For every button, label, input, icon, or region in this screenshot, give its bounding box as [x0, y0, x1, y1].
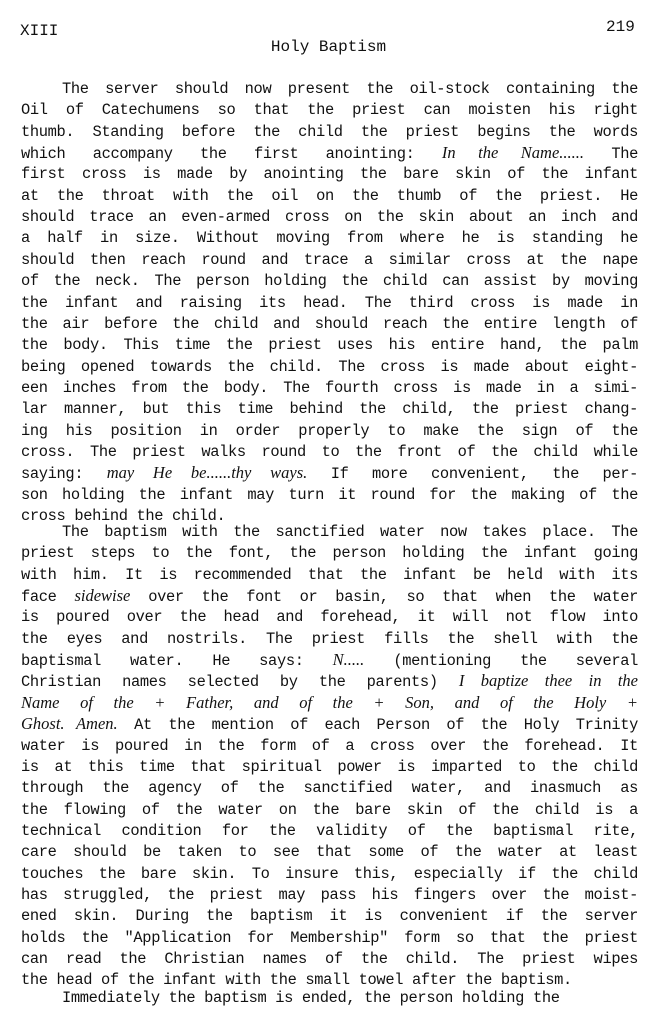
text-run: water is poured in the form of a cross o… [21, 737, 638, 755]
text-line: The server should now present the oil-st… [62, 80, 638, 98]
text-line: should then reach round and trace a simi… [21, 251, 638, 269]
text-line: holds the "Application for Membership" f… [21, 929, 638, 947]
text-run: with him. It is recommended that the inf… [21, 566, 638, 584]
italic-phrase: may He be......thy ways. [107, 463, 308, 482]
text-run: The [584, 145, 638, 163]
italic-phrase: N..... [333, 650, 365, 669]
text-run: een inches from the body. The fourth cro… [21, 379, 638, 397]
text-run: the flowing of the water on the bare ski… [21, 801, 638, 819]
text-line: baptismal water. He says: N..... (mentio… [21, 651, 638, 670]
text-line: through the agency of the sanctified wat… [21, 779, 638, 797]
text-line: son holding the infant may turn it round… [21, 486, 638, 504]
text-line: technical condition for the validity of … [21, 822, 638, 840]
text-run: which accompany the first anointing: [21, 145, 442, 163]
text-run: should trace an even-armed cross on the … [21, 208, 638, 226]
text-run: being opened towards the child. The cros… [21, 358, 638, 376]
text-run: At the mention of each Person of the Hol… [118, 716, 638, 734]
text-line: ened skin. During the baptism it is conv… [21, 907, 638, 925]
text-line: saying: may He be......thy ways. If more… [21, 464, 638, 483]
text-line: should trace an even-armed cross on the … [21, 208, 638, 226]
text-run: the body. This time the priest uses his … [21, 336, 638, 354]
text-line: care should be taken to see that some of… [21, 843, 638, 861]
text-run: (mentioning the several [364, 652, 638, 670]
text-run: baptismal water. He says: [21, 652, 333, 670]
text-line: een inches from the body. The fourth cro… [21, 379, 638, 397]
text-run: should then reach round and trace a simi… [21, 251, 638, 269]
text-line: Oil of Catechumens so that the priest ca… [21, 101, 638, 119]
text-run: son holding the infant may turn it round… [21, 486, 638, 504]
text-line: can read the Christian names of the chil… [21, 950, 638, 968]
text-run: of the neck. The person holding the chil… [21, 272, 638, 290]
text-line: ing his position in order properly to ma… [21, 422, 638, 440]
text-line: is at this time that spiritual power is … [21, 758, 638, 776]
text-line: which accompany the first anointing: In … [21, 144, 638, 163]
text-line: with him. It is recommended that the inf… [21, 566, 638, 584]
text-line: being opened towards the child. The cros… [21, 358, 638, 376]
text-line: The baptism with the sanctified water no… [62, 523, 638, 541]
text-line: Ghost. Amen. At the mention of each Pers… [21, 715, 638, 734]
text-line: cross. The priest walks round to the fro… [21, 443, 638, 461]
text-run: at the throat with the oil on the thumb … [21, 187, 638, 205]
text-line: Name of the + Father, and of the + Son, … [21, 694, 638, 713]
text-run: cross. The priest walks round to the fro… [21, 443, 638, 461]
text-line: Immediately the baptism is ended, the pe… [62, 989, 638, 1007]
text-run: Christian names selected by the parents) [21, 673, 459, 691]
text-run: can read the Christian names of the chil… [21, 950, 638, 968]
text-run: If more convenient, the per- [307, 465, 638, 483]
text-line: thumb. Standing before the child the pri… [21, 123, 638, 141]
text-run: saying: [21, 465, 107, 483]
text-run: touches the bare skin. To insure this, e… [21, 865, 638, 883]
italic-phrase: sidewise [74, 586, 130, 605]
text-run: face [21, 588, 74, 606]
text-run: ing his position in order properly to ma… [21, 422, 638, 440]
text-line: priest steps to the font, the person hol… [21, 544, 638, 562]
text-run: priest steps to the font, the person hol… [21, 544, 638, 562]
text-line: the infant and raising its head. The thi… [21, 294, 638, 312]
text-run: through the agency of the sanctified wat… [21, 779, 638, 797]
text-run: the air before the child and should reac… [21, 315, 638, 333]
section-title: Holy Baptism [0, 38, 657, 56]
page-number: 219 [606, 18, 635, 36]
text-line: the eyes and nostrils. The priest fills … [21, 630, 638, 648]
text-run: Immediately the baptism is ended, the pe… [62, 989, 560, 1007]
text-run: Oil of Catechumens so that the priest ca… [21, 101, 638, 119]
text-run: The baptism with the sanctified water no… [62, 523, 638, 541]
italic-phrase: Ghost. Amen. [21, 714, 118, 733]
text-run: The server should now present the oil-st… [62, 80, 638, 98]
text-run: thumb. Standing before the child the pri… [21, 123, 638, 141]
italic-phrase: Name of the + Father, and of the + Son, … [21, 693, 638, 712]
text-line: face sidewise over the font or basin, so… [21, 587, 638, 606]
text-line: water is poured in the form of a cross o… [21, 737, 638, 755]
italic-phrase: In the Name...... [442, 143, 584, 162]
text-run: is poured over the head and forehead, it… [21, 608, 638, 626]
text-line: the air before the child and should reac… [21, 315, 638, 333]
text-line: is poured over the head and forehead, it… [21, 608, 638, 626]
text-run: care should be taken to see that some of… [21, 843, 638, 861]
text-run: has struggled, the priest may pass his f… [21, 886, 638, 904]
text-line: Christian names selected by the parents)… [21, 672, 638, 691]
text-line: of the neck. The person holding the chil… [21, 272, 638, 290]
italic-phrase: I baptize thee in the [459, 671, 638, 690]
text-line: first cross is made by anointing the bar… [21, 165, 638, 183]
text-line: the head of the infant with the small to… [21, 971, 638, 989]
text-run: the head of the infant with the small to… [21, 971, 572, 989]
text-run: technical condition for the validity of … [21, 822, 638, 840]
text-run: is at this time that spiritual power is … [21, 758, 638, 776]
text-run: over the font or basin, so that when the… [130, 588, 638, 606]
text-run: lar manner, but this time behind the chi… [21, 400, 638, 418]
text-run: first cross is made by anointing the bar… [21, 165, 638, 183]
text-run: holds the "Application for Membership" f… [21, 929, 638, 947]
text-line: touches the bare skin. To insure this, e… [21, 865, 638, 883]
text-run: the infant and raising its head. The thi… [21, 294, 638, 312]
text-line: a half in size. Without moving from wher… [21, 229, 638, 247]
text-run: ened skin. During the baptism it is conv… [21, 907, 638, 925]
text-line: has struggled, the priest may pass his f… [21, 886, 638, 904]
text-run: the eyes and nostrils. The priest fills … [21, 630, 638, 648]
text-line: lar manner, but this time behind the chi… [21, 400, 638, 418]
text-run: a half in size. Without moving from wher… [21, 229, 638, 247]
text-line: the body. This time the priest uses his … [21, 336, 638, 354]
text-line: the flowing of the water on the bare ski… [21, 801, 638, 819]
text-line: at the throat with the oil on the thumb … [21, 187, 638, 205]
